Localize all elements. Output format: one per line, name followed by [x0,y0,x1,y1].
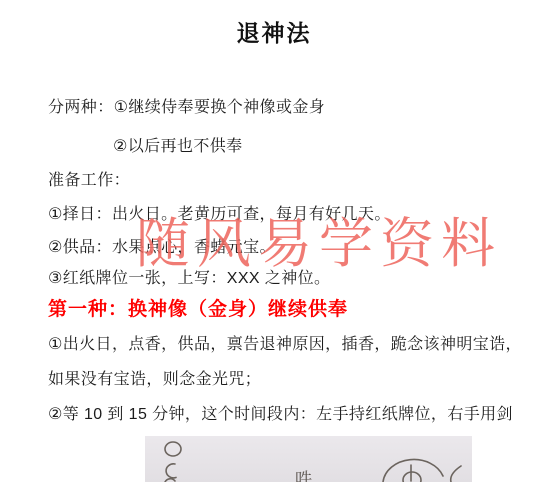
sketch-paren-curve [451,466,461,482]
body-line-two-kinds: 分两种：①继续侍奉要换个神像或金身 [48,99,325,116]
section-heading-first-method: 第一种：换神像（金身）继续供奉 [48,300,348,320]
document-page: 退神法 分两种：①继续侍奉要换个神像或金身 ②以后再也不供奉 准备工作： ①择日… [0,0,548,482]
page-title: 退神法 [0,20,548,46]
body-line-offerings: ②供品：水果点心，香蜡元宝。 [48,239,276,256]
handwritten-glyph: 吽 [295,470,312,482]
body-line-no-longer-worship: ②以后再也不供奉 [113,138,243,155]
body-line-step1: ①出火日，点香，供品，禀告退神原因，插香，跪念该神明宝诰， [48,336,522,353]
body-line-step1-cont: 如果没有宝诰，则念金光咒； [48,371,261,388]
sketch-drawing: 吽 [145,436,472,482]
body-line-step2: ②等 10 到 15 分钟，这个时间段内：左手持红纸牌位，右手用剑 [48,406,513,423]
sketch-spiral-outer [383,459,443,482]
body-line-red-tablet: ③红纸牌位一张，上写：XXX 之神位。 [48,270,330,287]
body-line-preparation: 准备工作： [48,172,130,189]
body-line-pick-date: ①择日：出火日。老黄历可查，每月有好几天。 [48,206,391,223]
sketch-spiral-inner [403,472,421,482]
handwritten-sketch-photo: 吽 [145,436,472,482]
sketch-circle-1 [165,442,181,456]
sketch-circle-2 [166,464,176,478]
